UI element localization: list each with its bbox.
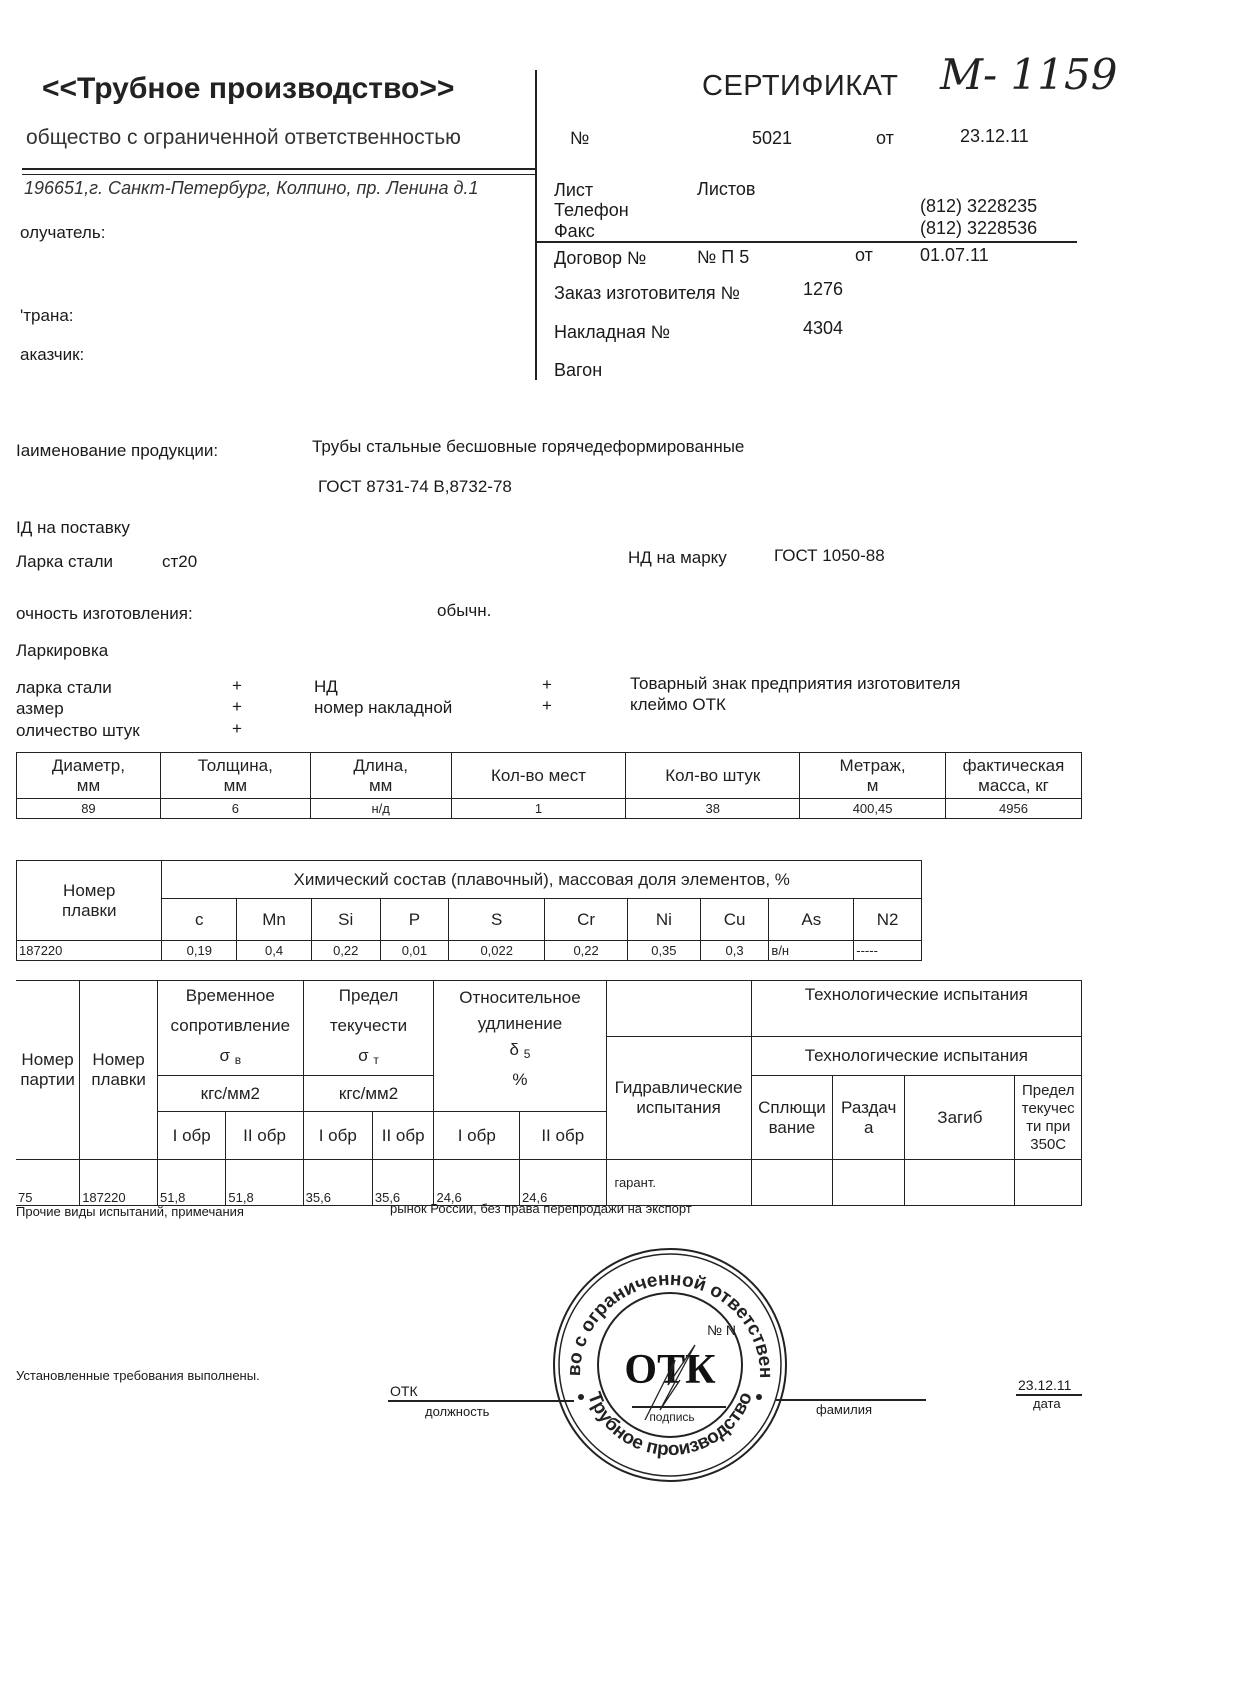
position-caption: должность xyxy=(425,1404,489,1419)
invoice-value: 4304 xyxy=(803,318,843,339)
chemistry-table: Номерплавки Химический состав (плавочный… xyxy=(16,860,922,961)
marking-invoice-number: номер накладной xyxy=(314,698,452,718)
legal-form: общество с ограниченной ответственностью xyxy=(26,126,461,150)
yield-unit: кгс/мм2 xyxy=(303,1076,434,1112)
chemistry-title: Химический состав (плавочный), массовая … xyxy=(162,861,922,899)
table-row: 89 6 н/д 1 38 400,45 4956 xyxy=(17,799,1082,819)
phone-value: (812) 3228235 xyxy=(920,196,1037,217)
steel-grade-label: Ларка стали xyxy=(16,552,113,572)
cell-tensile-1: 51,8 xyxy=(158,1160,226,1206)
element-s: S xyxy=(449,899,545,941)
cell-yield-350 xyxy=(1015,1160,1082,1206)
marking-nd: НД xyxy=(314,677,338,697)
cell-batch: 75 xyxy=(16,1160,80,1206)
element-n2: N2 xyxy=(854,899,922,941)
cell-bend xyxy=(905,1160,1015,1206)
tech-tests-title-1: Технологические испытания xyxy=(751,981,1081,1037)
contacts-divider xyxy=(535,241,1077,243)
cell-cu: 0,3 xyxy=(700,941,769,961)
precision-value: обычн. xyxy=(437,601,491,621)
yield-sample-1: I обр xyxy=(303,1112,372,1160)
svg-text:подпись: подпись xyxy=(649,1410,694,1424)
customer-label: аказчик: xyxy=(20,345,84,365)
contract-label: Договор № xyxy=(554,248,646,269)
contract-from-label: от xyxy=(855,245,873,266)
cell-elong-1: 24,6 xyxy=(434,1160,520,1206)
cell-flattening xyxy=(751,1160,832,1206)
cell-actual-mass: 4956 xyxy=(946,799,1082,819)
tech-tests-title-2: Технологические испытания xyxy=(751,1037,1081,1076)
position-line xyxy=(388,1400,574,1402)
cell-meterage: 400,45 xyxy=(800,799,946,819)
cell-si: 0,22 xyxy=(311,941,380,961)
header-diameter: Диаметр,мм xyxy=(17,753,161,799)
svg-text:Трубное производство: Трубное производство xyxy=(583,1389,757,1460)
tensile-sample-2: II обр xyxy=(226,1112,303,1160)
marking-steel-grade: ларка стали xyxy=(16,678,112,698)
header-batch-number: Номерпартии xyxy=(16,981,80,1160)
marking-nd-mark: + xyxy=(542,675,552,695)
cell-mn: 0,4 xyxy=(237,941,312,961)
cell-n2: ----- xyxy=(854,941,922,961)
cert-from-label: от xyxy=(876,128,894,149)
cell-pieces: 38 xyxy=(626,799,800,819)
cell-yield-1: 35,6 xyxy=(303,1160,372,1206)
cell-s: 0,022 xyxy=(449,941,545,961)
yield-sample-2: II обр xyxy=(372,1112,434,1160)
order-label: Заказ изготовителя № xyxy=(554,283,740,304)
certificate-title: СЕРТИФИКАТ xyxy=(702,70,898,103)
country-label: 'трана: xyxy=(20,306,74,326)
cell-as: в/н xyxy=(769,941,854,961)
header-flattening: Сплющивание xyxy=(751,1076,832,1160)
stamp-seal-icon: Общество с ограниченной ответственностью… xyxy=(550,1245,790,1485)
header-heat-number: Номерплавки xyxy=(17,861,162,941)
cell-tensile-2: 51,8 xyxy=(226,1160,303,1206)
mechanical-table: Номерпартии Номерплавки Временноесопроти… xyxy=(16,980,1082,1206)
invoice-label: Накладная № xyxy=(554,322,670,343)
cell-hydraulic: гарант. xyxy=(606,1160,751,1206)
cert-date-value: 23.12.11 xyxy=(960,126,1029,147)
product-standard: ГОСТ 8731-74 В,8732-78 xyxy=(318,477,512,497)
header-actual-mass: фактическаямасса, кг xyxy=(946,753,1082,799)
nd-grade-value: ГОСТ 1050-88 xyxy=(774,546,885,566)
header-bend: Загиб xyxy=(905,1076,1015,1160)
position-value: ОТК xyxy=(390,1383,418,1399)
marking-otk-stamp: клеймо ОТК xyxy=(630,695,726,715)
svg-text:№ N: № N xyxy=(707,1322,736,1338)
contract-value: № П 5 xyxy=(697,247,749,268)
header-divider-1 xyxy=(22,168,536,170)
otk-stamp: Общество с ограниченной ответственностью… xyxy=(550,1245,790,1485)
element-as: As xyxy=(769,899,854,941)
surname-line xyxy=(776,1399,926,1401)
cell-expansion xyxy=(833,1160,905,1206)
cell-heat-number: 187220 xyxy=(17,941,162,961)
elong-sample-2: II обр xyxy=(520,1112,607,1160)
handwritten-number: М- 1159 xyxy=(940,50,1117,99)
header-divider-2 xyxy=(22,174,536,175)
fax-label: Факс xyxy=(554,221,595,242)
cell-heat: 187220 xyxy=(80,1160,158,1206)
cell-ni: 0,35 xyxy=(628,941,701,961)
steel-grade-value: ст20 xyxy=(162,552,197,572)
blank-cell xyxy=(606,981,751,1037)
element-ni: Ni xyxy=(628,899,701,941)
cell-length: н/д xyxy=(310,799,451,819)
cell-elong-2: 24,6 xyxy=(520,1160,607,1206)
header-yield-350: Пределтекучести при350С xyxy=(1015,1076,1082,1160)
cert-number-value: 5021 xyxy=(752,128,792,149)
element-mn: Mn xyxy=(237,899,312,941)
date-caption: дата xyxy=(1033,1396,1061,1411)
header-pieces: Кол-во штук xyxy=(626,753,800,799)
header-tensile: Временноесопротивлениеσ в xyxy=(158,981,304,1076)
order-value: 1276 xyxy=(803,279,843,300)
sheet-label: Лист xyxy=(554,180,593,201)
element-c: c xyxy=(162,899,237,941)
recipient-label: олучатель: xyxy=(20,223,105,243)
tensile-sample-1: I обр xyxy=(158,1112,226,1160)
header-yield: Пределтекучестиσ т xyxy=(303,981,434,1076)
sheets-label: Листов xyxy=(697,179,755,200)
header-expansion: Раздача xyxy=(833,1076,905,1160)
nd-grade-label: НД на марку xyxy=(628,548,727,568)
marking-size-mark: + xyxy=(232,697,242,717)
nd-supply-label: ІД на поставку xyxy=(16,518,130,538)
marking-quantity: оличество штук xyxy=(16,721,140,741)
notes-value: рынок России, без права перепродажи на э… xyxy=(390,1201,692,1216)
element-p: P xyxy=(380,899,449,941)
table-row: 187220 0,19 0,4 0,22 0,01 0,022 0,22 0,3… xyxy=(17,941,922,961)
marking-label: Ларкировка xyxy=(16,641,108,661)
marking-steel-grade-mark: + xyxy=(232,676,242,696)
header-meterage: Метраж,м xyxy=(800,753,946,799)
requirements-met: Установленные требования выполнены. xyxy=(16,1368,260,1383)
company-name: <<Трубное производство>> xyxy=(42,72,454,106)
cell-places: 1 xyxy=(451,799,626,819)
header-heat-number-mech: Номерплавки xyxy=(80,981,158,1160)
precision-label: очность изготовления: xyxy=(16,604,193,624)
notes-label: Прочие виды испытаний, примечания xyxy=(16,1204,244,1219)
footer-date-value: 23.12.11 xyxy=(1018,1377,1071,1393)
product-name-value: Трубы стальные бесшовные горячедеформиро… xyxy=(312,437,744,457)
cell-yield-2: 35,6 xyxy=(372,1160,434,1206)
surname-caption: фамилия xyxy=(816,1402,872,1417)
header-length: Длина,мм xyxy=(310,753,451,799)
fax-value: (812) 3228536 xyxy=(920,218,1037,239)
dimensions-header-row: Диаметр,мм Толщина,мм Длина,мм Кол-во ме… xyxy=(17,753,1082,799)
table-row: 75 187220 51,8 51,8 35,6 35,6 24,6 24,6 … xyxy=(16,1160,1082,1206)
wagon-label: Вагон xyxy=(554,360,602,381)
elong-sample-1: I обр xyxy=(434,1112,520,1160)
contract-date: 01.07.11 xyxy=(920,245,989,266)
cell-p: 0,01 xyxy=(380,941,449,961)
header-thickness: Толщина,мм xyxy=(160,753,310,799)
product-name-label: Іаименование продукции: xyxy=(16,441,218,461)
header-elongation: Относительноеудлинениеδ 5% xyxy=(434,981,606,1112)
cell-thickness: 6 xyxy=(160,799,310,819)
element-si: Si xyxy=(311,899,380,941)
header-vertical-divider xyxy=(535,70,537,380)
cell-cr: 0,22 xyxy=(545,941,628,961)
marking-invoice-number-mark: + xyxy=(542,696,552,716)
element-cu: Cu xyxy=(700,899,769,941)
header-places: Кол-во мест xyxy=(451,753,626,799)
element-cr: Cr xyxy=(545,899,628,941)
phone-label: Телефон xyxy=(554,200,629,221)
cell-c: 0,19 xyxy=(162,941,237,961)
dimensions-table: Диаметр,мм Толщина,мм Длина,мм Кол-во ме… xyxy=(16,752,1082,819)
marking-quantity-mark: + xyxy=(232,719,242,739)
tensile-unit: кгс/мм2 xyxy=(158,1076,304,1112)
marking-size: азмер xyxy=(16,699,64,719)
marking-trademark: Товарный знак предприятия изготовителя xyxy=(630,674,961,694)
cert-number-label: № xyxy=(570,128,589,149)
company-address: 196651,г. Санкт-Петербург, Колпино, пр. … xyxy=(24,178,479,199)
header-hydraulic: Гидравлическиеиспытания xyxy=(606,1037,751,1160)
cell-diameter: 89 xyxy=(17,799,161,819)
